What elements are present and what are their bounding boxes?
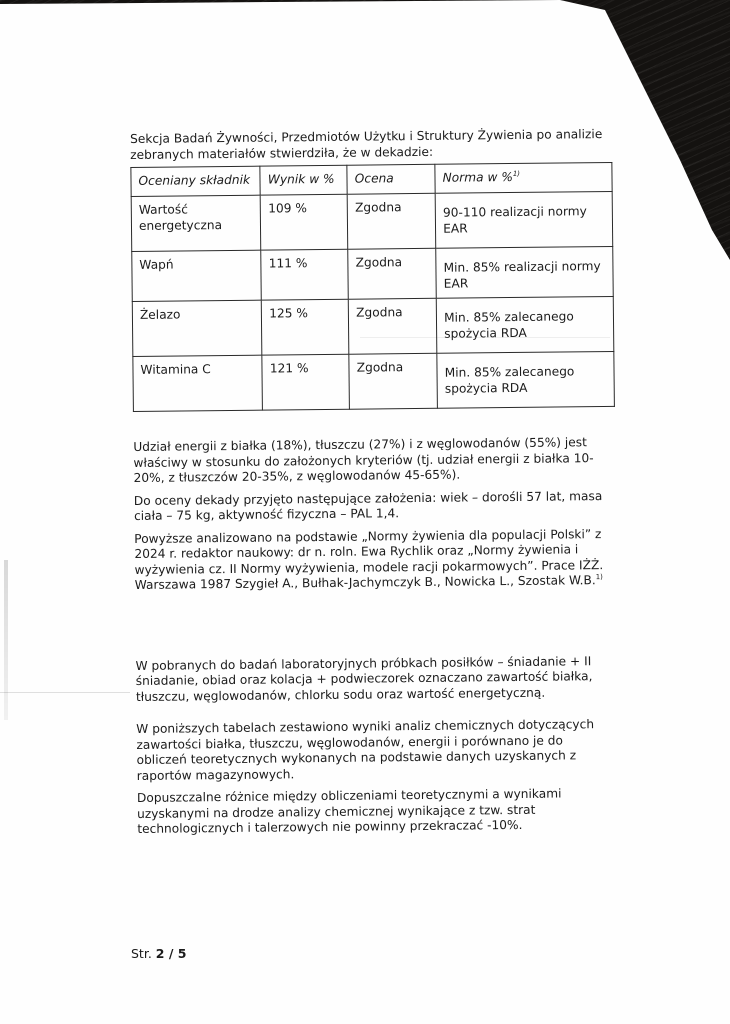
cell-component: Wartość energetyczna: [131, 195, 261, 251]
header-rating: Ocena: [347, 164, 435, 194]
cell-result: 121 %: [262, 354, 349, 410]
page-number: Str. 2 / 5: [131, 946, 186, 961]
header-component: Oceniany składnik: [131, 166, 261, 196]
cell-rating: Zgodna: [347, 193, 435, 249]
cell-norm: Min. 85% zalecanego spożycia RDA: [436, 296, 613, 353]
intro-paragraph: Sekcja Badań Żywności, Przedmiotów Użytk…: [130, 127, 610, 163]
samples-paragraph: W pobranych do badań laboratoryjnych pró…: [136, 653, 616, 705]
header-norm: Norma w %1): [435, 162, 612, 193]
table-row: Żelazo 125 % Zgodna Min. 85% zalecanego …: [132, 296, 614, 356]
energy-share-paragraph: Udział energii z białka (18%), tłuszczu …: [133, 435, 613, 487]
cell-rating: Zgodna: [348, 248, 436, 299]
table-row: Witamina C 121 % Zgodna Min. 85% zalecan…: [133, 351, 615, 411]
cell-result: 109 %: [261, 194, 348, 250]
cell-norm: 90-110 realizacji normy EAR: [435, 191, 612, 248]
nutrient-norms-table: Oceniany składnik Wynik w % Ocena Norma …: [130, 162, 615, 412]
footnote-marker: 1): [596, 573, 603, 581]
page-fold-shadow: [4, 560, 8, 720]
document-body: Sekcja Badań Żywności, Przedmiotów Użytk…: [130, 127, 617, 844]
tolerance-paragraph: Dopuszczalne różnice między obliczeniami…: [137, 786, 617, 838]
cell-component: Żelazo: [132, 300, 262, 356]
cell-component: Wapń: [132, 250, 262, 301]
sources-paragraph: Powyższe analizowano na podstawie „Normy…: [134, 526, 615, 593]
cell-component: Witamina C: [133, 355, 263, 411]
cell-result: 125 %: [262, 299, 349, 355]
assumptions-paragraph: Do oceny dekady przyjęto następujące zał…: [134, 488, 614, 524]
scan-artifact: [0, 692, 130, 693]
tables-description-paragraph: W poniższych tabelach zestawiono wyniki …: [136, 717, 617, 784]
header-result: Wynik w %: [260, 165, 347, 195]
cell-result: 111 %: [261, 249, 348, 300]
cell-rating: Zgodna: [349, 353, 437, 409]
table-row: Wapń 111 % Zgodna Min. 85% realizacji no…: [132, 246, 613, 301]
cell-norm: Min. 85% zalecanego spożycia RDA: [437, 351, 614, 408]
table-row: Wartość energetyczna 109 % Zgodna 90-110…: [131, 191, 613, 251]
cell-norm: Min. 85% realizacji normy EAR: [436, 246, 613, 298]
cell-rating: Zgodna: [348, 298, 436, 354]
footnote-marker: 1): [513, 170, 520, 178]
